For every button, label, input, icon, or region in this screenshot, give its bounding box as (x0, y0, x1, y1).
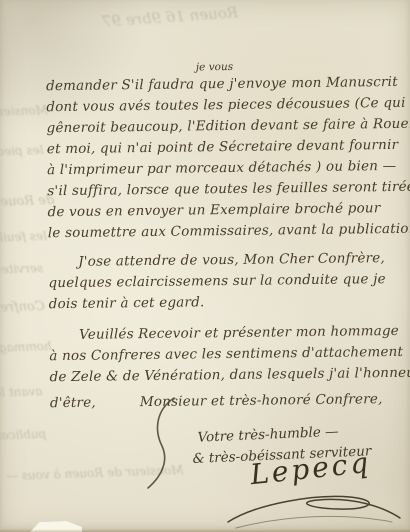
ink-showthrough-fragment: les pieces (0, 143, 44, 159)
ink-showthrough-fragment: de Rouen (0, 193, 54, 210)
valediction-line: d'être,Monsieur et très-honoré Confrere, (50, 389, 410, 414)
paragraph: je vous demander S'il faudra que j'envoy… (46, 72, 410, 244)
ink-showthrough-fragment: avant la (0, 384, 43, 400)
body-line: le soumettre aux Commissaires, avant la … (48, 219, 410, 244)
signature-paraph (222, 488, 404, 530)
valediction-prefix: d'être, (50, 395, 96, 412)
ink-showthrough-fragment: serviteur (0, 261, 43, 277)
ink-showthrough-top: Rouen 16 9bre 97 (102, 3, 239, 30)
closing-brace-stroke (144, 396, 180, 490)
ink-showthrough-fragment: hommage (0, 339, 52, 355)
letter-page: Rouen 16 9bre 97 Monsieur les pieces de … (0, 0, 410, 532)
body-line: dois tenir à cet egard. (49, 290, 410, 315)
ink-showthrough-fragment: publication (0, 427, 46, 443)
paragraph: J'ose attendre de vous, Mon Cher Confrèr… (48, 248, 410, 315)
body-line: quelques eclaircissemens sur la conduite… (48, 269, 410, 294)
ink-showthrough-fragment: Monsieur (0, 103, 48, 119)
interline-insertion: je vous (196, 62, 233, 72)
ink-showthrough-fragment: les feuilles (0, 229, 47, 245)
body-line: de Zele & de Vénération, dans lesquels j… (50, 363, 410, 388)
letter-body: je vous demander S'il faudra que j'envoy… (46, 72, 410, 414)
ink-showthrough-fragment: Confrere (0, 299, 45, 316)
paragraph: Veuillés Recevoir et présenter mon homma… (49, 321, 410, 414)
